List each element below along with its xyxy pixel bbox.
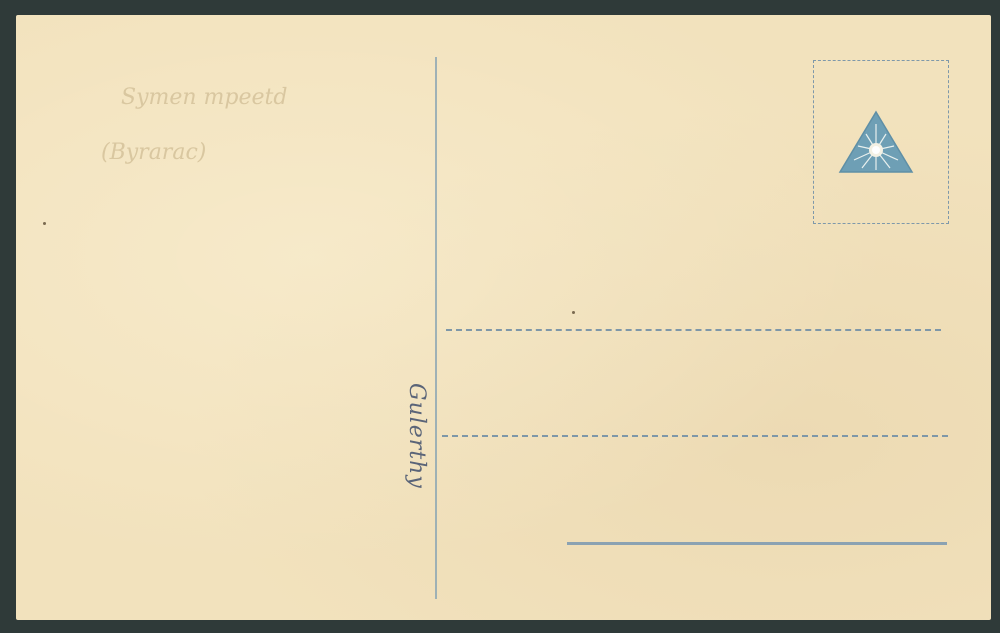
paper-speck [572,311,575,314]
center-divider-line [435,57,437,599]
faint-pencil-text: (Byrarac) [101,140,206,165]
triangle-sunburst-logo-icon [838,110,914,176]
postcard-back: Symen mpeetd (Byrarac) Gulerthy [16,15,991,620]
paper-speck [43,222,46,225]
address-line-1 [446,329,941,331]
handwritten-signature: Gulerthy [403,383,429,503]
faint-pencil-text: Symen mpeetd [121,85,287,110]
address-line-2 [442,435,948,437]
address-line-3 [567,542,947,545]
